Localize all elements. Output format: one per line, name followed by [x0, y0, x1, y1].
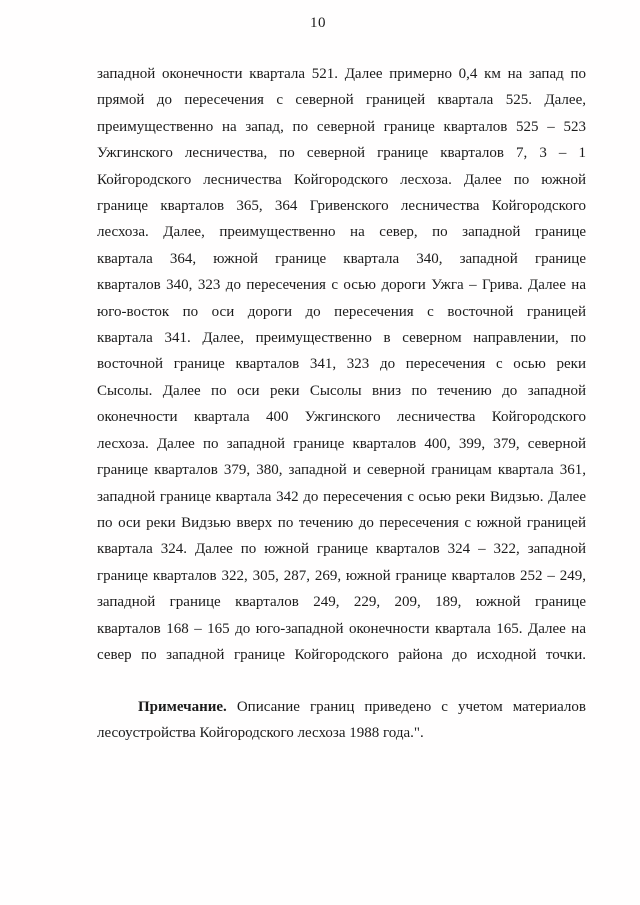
paragraph-line: границе кварталов 322, 305, 287, 269, юж… [97, 563, 586, 589]
paragraph-line: восточной границе кварталов 341, 323 до … [97, 351, 586, 377]
note-label: Примечание. [138, 699, 227, 715]
note-paragraph: Примечание. Описание границ приведено с … [97, 694, 586, 747]
paragraph-line: границе кварталов 379, 380, западной и с… [97, 457, 586, 483]
paragraph-line: квартала 324. Далее по южной границе ква… [97, 536, 586, 562]
paragraph-line: преимущественно на запад, по северной гр… [97, 114, 586, 140]
paragraph-line: юго-восток по оси дороги до пересечения … [97, 299, 586, 325]
paragraph-line: Сысолы. Далее по оси реки Сысолы вниз по… [97, 378, 586, 404]
page-number: 10 [0, 15, 636, 32]
note-first-line: Примечание. Описание границ приведено с … [97, 694, 586, 720]
paragraph-line: прямой до пересечения с северной границе… [97, 87, 586, 113]
paragraph-line: квартала 364, южной границе квартала 340… [97, 246, 586, 272]
boundary-description-paragraph: западной оконечности квартала 521. Далее… [97, 61, 586, 668]
paragraph-line: западной границе квартала 342 до пересеч… [97, 484, 586, 510]
note-second-line: лесоустройства Койгородского лесхоза 198… [97, 720, 586, 746]
paragraph-line: Ужгинского лесничества, по северной гран… [97, 140, 586, 166]
paragraph-line: западной оконечности квартала 521. Далее… [97, 61, 586, 87]
note-text: Описание границ приведено с учетом матер… [227, 699, 586, 715]
paragraph-line: квартала 341. Далее, преимущественно в с… [97, 325, 586, 351]
document-page: 10 западной оконечности квартала 521. Да… [0, 0, 640, 905]
paragraph-line: оконечности квартала 400 Ужгинского лесн… [97, 404, 586, 430]
paragraph-line: по оси реки Видзью вверх по течению до п… [97, 510, 586, 536]
paragraph-line: кварталов 168 – 165 до юго-западной окон… [97, 616, 586, 642]
paragraph-line: западной границе кварталов 249, 229, 209… [97, 589, 586, 615]
paragraph-line: лесхоза. Далее по западной границе кварт… [97, 431, 586, 457]
paragraph-line: лесхоза. Далее, преимущественно на север… [97, 219, 586, 245]
paragraph-line: кварталов 340, 323 до пересечения с осью… [97, 272, 586, 298]
paragraph-line: север по западной границе Койгородского … [97, 642, 586, 668]
paragraph-line: Койгородского лесничества Койгородского … [97, 167, 586, 193]
paragraph-line: границе кварталов 365, 364 Гривенского л… [97, 193, 586, 219]
